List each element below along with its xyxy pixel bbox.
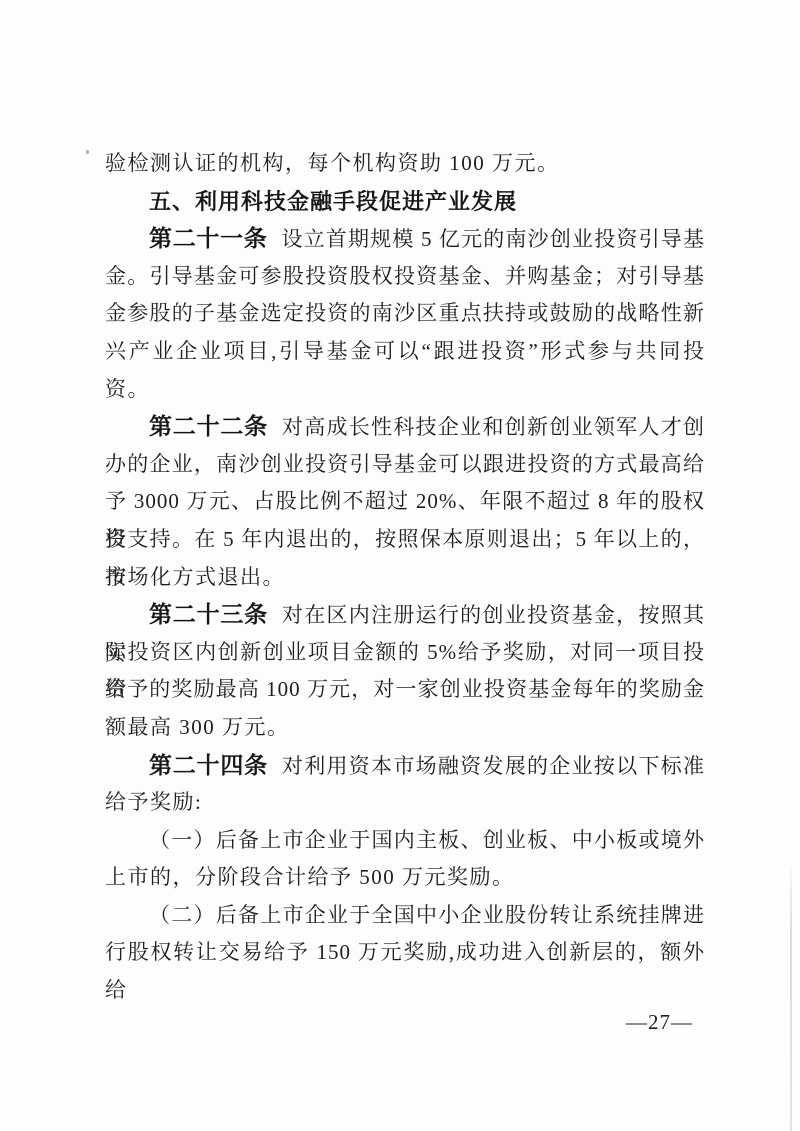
text-line: 市场化方式退出。 bbox=[105, 559, 705, 597]
article-number: 第二十二条 bbox=[149, 413, 268, 439]
text-line: 上市的，分阶段合计给予 500 万元奖励。 bbox=[105, 859, 705, 897]
text-line: 给予奖励: bbox=[105, 784, 705, 822]
article-number: 第二十一条 bbox=[149, 225, 267, 251]
article-opening-line: 第二十三条对在区内注册运行的创业投资基金，按照其实 bbox=[105, 596, 705, 634]
text-line: 行股权转让交易给予 150 万元奖励,成功进入创新层的，额外给 bbox=[105, 934, 705, 972]
article-text: 对利用资本市场融资发展的企业按以下标准 bbox=[282, 754, 705, 778]
article-opening-line: 第二十四条对利用资本市场融资发展的企业按以下标准 bbox=[105, 747, 705, 785]
text-line: 金参股的子基金选定投资的南沙区重点扶持或鼓励的战略性新 bbox=[105, 295, 705, 333]
text-block: 验检测认证的机构，每个机构资助 100 万元。五、利用科技金融手段促进产业发展第… bbox=[105, 145, 705, 972]
text-line: 兴产业企业项目,引导基金可以“跟进投资”形式参与共同投 bbox=[105, 333, 705, 371]
text-line: 予 3000 万元、占股比例不超过 20%、年限不超过 8 年的股权投 bbox=[105, 483, 705, 521]
text-line: 金。引导基金可参股投资股权投资基金、并购基金；对引导基 bbox=[105, 258, 705, 296]
article-number: 第二十四条 bbox=[149, 752, 268, 778]
document-page: 验检测认证的机构，每个机构资助 100 万元。五、利用科技金融手段促进产业发展第… bbox=[0, 0, 800, 1131]
article-number: 第二十三条 bbox=[149, 601, 268, 627]
list-item-line: （一）后备上市企业于国内主板、创业板、中小板或境外 bbox=[105, 822, 705, 860]
section-heading: 五、利用科技金融手段促进产业发展 bbox=[105, 183, 705, 221]
text-line: 验检测认证的机构，每个机构资助 100 万元。 bbox=[105, 145, 705, 183]
article-opening-line: 第二十一条设立首期规模 5 亿元的南沙创业投资引导基 bbox=[105, 220, 705, 258]
scan-edge-artifact bbox=[790, 868, 792, 1131]
article-text: 对高成长性科技企业和创新创业领军人才创 bbox=[282, 415, 705, 439]
text-line: 办的企业，南沙创业投资引导基金可以跟进投资的方式最高给 bbox=[105, 446, 705, 484]
text-line: 资。 bbox=[105, 371, 705, 409]
list-item-line: （二）后备上市企业于全国中小企业股份转让系统挂牌进 bbox=[105, 897, 705, 935]
text-line: 额最高 300 万元。 bbox=[105, 709, 705, 747]
article-opening-line: 第二十二条对高成长性科技企业和创新创业领军人才创 bbox=[105, 408, 705, 446]
text-line: 际投资区内创新创业项目金额的 5%给予奖励，对同一项目投资 bbox=[105, 634, 705, 672]
page-number: —27— bbox=[626, 1010, 693, 1035]
text-line: 给予的奖励最高 100 万元，对一家创业投资基金每年的奖励金 bbox=[105, 671, 705, 709]
text-line: 资支持。在 5 年内退出的，按照保本原则退出；5 年以上的，按 bbox=[105, 521, 705, 559]
article-text: 设立首期规模 5 亿元的南沙创业投资引导基 bbox=[281, 227, 705, 251]
scan-speck-artifact bbox=[86, 150, 89, 154]
